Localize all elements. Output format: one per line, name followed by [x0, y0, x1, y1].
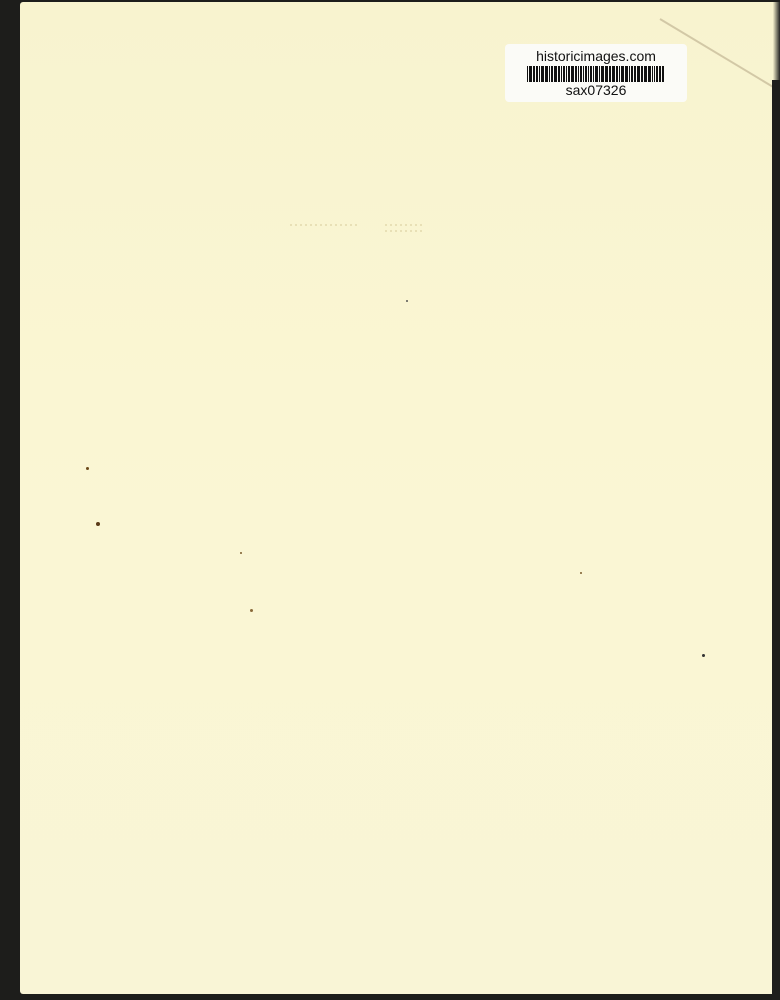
background-edge: [772, 80, 780, 1000]
speck: [96, 522, 100, 526]
speck: [580, 572, 582, 574]
speck: [86, 467, 89, 470]
label-code-text: sax07326: [566, 83, 627, 98]
archive-label: historicimages.com sax07326: [505, 44, 687, 102]
speck: [240, 552, 242, 554]
bleed-through-mark: [290, 224, 360, 226]
bleed-through-mark: [385, 230, 425, 232]
speck: [406, 300, 408, 302]
bleed-through-mark: [385, 224, 425, 226]
speck: [250, 609, 253, 612]
photo-paper-back: [20, 2, 780, 994]
barcode-icon: [527, 66, 665, 82]
speck: [702, 654, 705, 657]
label-site-text: historicimages.com: [536, 49, 656, 64]
